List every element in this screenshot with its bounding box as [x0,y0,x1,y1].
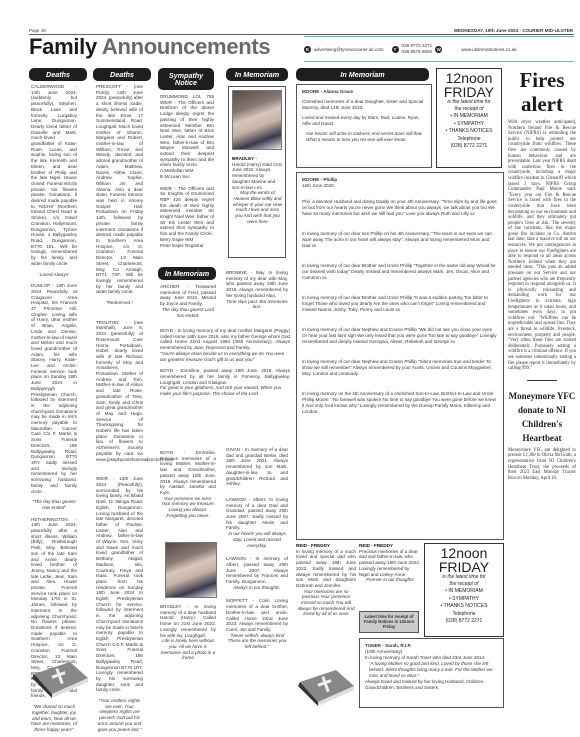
verse: Forever in our thoughts [359,577,421,583]
photo-bradley-box [232,90,282,150]
website-link[interactable]: www.ulsternetnotices.co.uk [461,47,516,52]
verse: Always in our thoughts. [226,585,288,591]
section-in-memoriam-2: In Memoriam [226,68,288,81]
deadline-box-bottom: 12noon FRIDAY is the latest time for the… [424,543,504,637]
verse: "Never selfish, always kind These are th… [226,633,288,650]
dateline: WEDNESDAY, 19th June 2024 - COURIER MID-… [454,28,573,33]
deadline-item: • THANKS NOTICES [437,128,501,136]
verse: "We shared so much together, laughter, j… [31,704,77,733]
notice-trouton: TROUTON - (nee Marshall), June 8, 2024 (… [96,320,143,463]
deadline-text: is the latest time for [437,99,501,106]
memoriam-wide: BOYD - In loving memory of my dear mothe… [160,328,290,397]
deadline-text: is the latest time for [425,574,503,581]
deadline-item: • SYMPATHY [425,596,503,604]
article-headline: alert [508,92,576,116]
verse: 'Loved Always' [31,272,77,278]
notice-archer: ARCHER - Treasured memories of Fred, pas… [160,284,216,307]
verse: May the winds of Heaven Blow softly and … [232,190,283,224]
verse: "Redeemed." [96,300,143,306]
verse: In our hearts you will always stay, Love… [226,531,288,548]
verse: Your presence we miss. Your memory we tr… [160,496,216,519]
signature: Peter Espie Registrar [160,243,214,249]
notice-text: Loved and missed every day by Mum, Dad, … [302,115,426,127]
article-body: With dryer weather anticipated, Northern… [508,120,576,372]
moore-phillip-box: MOORE - Phillip 16th June 2020. Phil, a … [296,172,504,540]
deadline-tel-label: Telephone [425,611,503,619]
verse: "You're always close beside us In everyt… [160,351,290,362]
contact-bar: E advertising@tyronecourier.uk.com T 028… [304,36,574,62]
verse: Your memories are so precious Your prese… [296,589,356,618]
memoriam-column-3: ARCHER - Treasured memories of Fred, pas… [160,284,216,322]
page-title: Family Announcements [29,36,270,58]
verse: Our hearts still ache in sadness And sec… [302,131,426,143]
section-sympathy: Sympathy Notice [158,68,214,90]
phone-icon: T [392,46,399,53]
notice-prescott: PRESCOTT - (nee Purdy) 12th June 2024, (… [96,84,143,295]
verse: "The day thou gavest Has ended" [31,499,77,510]
deadline-text: the receipt of [425,581,503,588]
notice-name: MOORE - Phillip [302,177,337,182]
notice-calderwood: CALDERWOOD - 14th June 2024, (suddenly b… [31,84,77,267]
page-number: Page 48 [29,28,46,33]
latest-time-box: Latest time for receipt of Family Notice… [359,611,419,633]
tribute-entry: Phil, a devoted Husband and doting Daddy… [302,199,498,217]
toner-box: TONER - Sarah, R.I.P. (10th Anniversary)… [359,638,504,708]
notice-text: In loving memory of a much loved and spe… [296,549,356,589]
deadline-tel[interactable]: (028) 8772 2271 [437,143,501,151]
deadline-item: • IN MEMORIAM [437,113,501,121]
section-in-memoriam-1: In Memoriam [158,267,216,280]
tribute-entry: In loving memory of our dear Brother and… [302,263,498,281]
verse: The day thou gavest Lord has ended. [160,307,216,318]
notice-name: REID - FREDDY [296,543,330,548]
verse: For great is your gladness, And rich you… [160,385,290,396]
signature: B McLean Sec [160,174,214,180]
notice-boyd-3: BOYD - Emmiline. Precious memories of a … [160,450,216,496]
photo-bradley [165,542,217,598]
notice-weir: WEIR - 13th June 2024 (Peacefully), surr… [96,476,143,693]
notice-boyd-2: BOYD - Emmiline, passed away 18th June, … [160,368,290,385]
tribute-entry: In loving memory of our dear son Phillip… [302,231,498,249]
deadline-time: 12noon [425,546,503,560]
deaths-column-1: CALDERWOOD - 14th June 2024, (suddenly b… [31,84,77,733]
verse: Life is lonely here without you. All we … [160,638,216,661]
title-family: Family [29,34,97,59]
tribute-entry: In loving memory of our dear Nephew and … [302,327,498,345]
deadline-tel-label: Telephone [437,136,501,144]
notice-moffett: MOFFETT - Colin Loving memories of a dea… [226,598,288,632]
deaths-column-2: PRESCOTT - (nee Purdy) 12th June 2024, (… [96,84,143,732]
reid-notice-1: REID - FREDDY In loving memory of a much… [296,543,356,617]
notice-browne: BROWNE - May In loving memory of my dear… [226,270,288,299]
tribute-entry: In loving memory of our dear Brother and… [302,295,498,313]
deadline-time: 12noon [437,71,501,85]
deadline-day: FRIDAY [425,560,503,574]
deadline-day: FRIDAY [437,85,501,99]
notice-givan: GIVAN - In memory of a dear dad and gran… [226,447,288,487]
article-body: Moneymore YFC are delighted to present £… [508,448,576,482]
notice-boyd-1: BOYD - In loving memory of my dear mothe… [160,328,290,351]
article-headline: Moneymore YFC donate to NI Children's He… [508,389,576,445]
notice-name: BRADLEY - [232,156,257,161]
section-deaths-2: Deaths [93,68,151,81]
deadline-tel[interactable]: (028) 8772 2271 [425,618,503,626]
bible-icon [30,660,90,698]
notice-name: REID - FREDDY [359,543,393,548]
bible-icon [296,668,356,706]
verse: Time slips past, But memories last. [226,299,288,310]
deadline-box-top: 12noon FRIDAY is the latest time for the… [436,68,502,168]
notice-text: Cherished memories of a dear Daughter, S… [302,99,426,111]
title-announcements: Announcements [102,34,270,59]
memoriam-column-3b: BOYD - Emmiline. Precious memories of a … [160,450,216,518]
moore-alanna-box: MOORE - Alanna Grace Cherished memories … [296,84,432,168]
section-deaths-1: Deaths [29,68,87,81]
notice-lawson-2: LAWSON - In memory of Albert, passed awa… [226,556,288,585]
memoriam-column-3c: BRADLEY - In loving memory of a dear hus… [160,604,216,661]
notice-dunlop: DUNLOP - 13th June 2024 Peacefully at Cr… [31,283,77,494]
section-in-memoriam-3: In Memoriam [296,68,429,81]
web-icon: W [435,46,442,53]
deadline-item: • IN MEMORIAM [425,588,503,596]
notice-weir-sympathy: WEIR - The Officers and Sir Knights of D… [160,186,214,237]
reid-notice-2: REID - FREDDY Precious memories of a dea… [359,543,421,583]
email-icon: E [304,46,311,53]
verse: "A loving Mother so good and kind, Loved… [365,661,498,679]
notice-name: TONER - Sarah, R.I.P. [365,643,411,648]
notice-name: MOORE - Alanna Grace [302,89,353,94]
notice-drummond: DRUMMOND LOL 755 WEIR - The Officers and… [160,94,214,168]
memoriam-column-4: BROWNE - May In loving memory of my dear… [226,270,288,310]
fires-article: Fires alert With dryer weather anticipat… [508,68,576,481]
tribute-entry: In loving memory of our dear Nephew and … [302,359,498,377]
phone-2: 028 8676 6692 [402,49,433,54]
tribute-entry: In loving memory on the 4th Anniversary … [302,391,498,415]
sympathy-column: DRUMMOND LOL 755 WEIR - The Officers and… [160,94,214,248]
verse: "Your restless nights are over; Your sle… [96,698,143,732]
deadline-item: • SYMPATHY [437,121,501,129]
phone-numbers: 028 8772 2271028 8676 6692 [402,43,433,55]
notice-bradley-2: BRADLEY - In loving memory of a dear hus… [160,604,216,638]
article-headline: Fires [508,68,576,92]
article-divider [527,380,557,381]
deadline-text: the receipt of [437,106,501,113]
notice-bradley-1: Harold (Harry) Died 21st June 2022. Alwa… [232,162,283,191]
email-link[interactable]: advertising@tyronecourier.uk.com [314,47,384,52]
memoriam-column-4b: GIVAN - In memory of a dear dad and gran… [226,447,288,650]
deadline-item: • THANKS NOTICES [425,603,503,611]
phone-1: 028 8772 2271 [402,43,433,48]
notice-text: Always loved and missed by her loving Hu… [365,679,498,691]
notice-date: 16th June 2020. [302,183,498,189]
notice-lawson-1: LAWSON - Albert. In loving memory of a d… [226,497,288,531]
notice-text: Precious memories of a dear dad and fath… [359,549,421,578]
bradley-notice: BRADLEY - Harold (Harry) Died 21st June … [232,156,283,224]
